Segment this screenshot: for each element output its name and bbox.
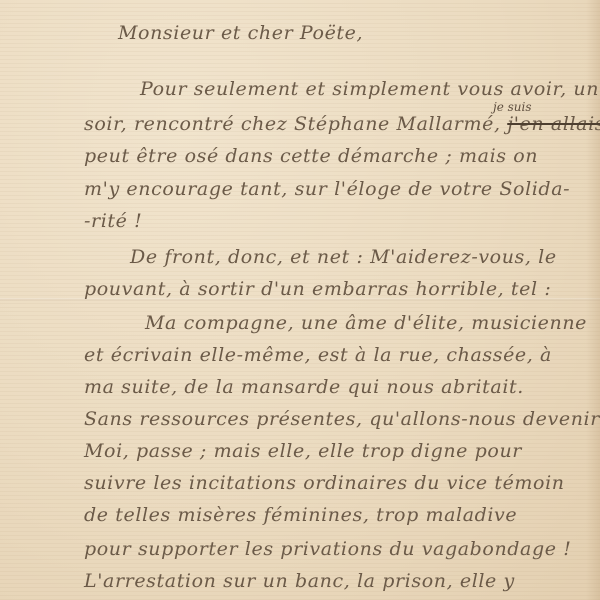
text-line-3: peut être osé dans cette démarche ; mais… (84, 147, 538, 166)
text-line-11: Sans ressources présentes, qu'allons-nou… (84, 410, 600, 429)
text-line-4: m'y encourage tant, sur l'éloge de votre… (84, 180, 570, 199)
text-line-1: Pour seulement et simplement vous avoir,… (140, 80, 599, 99)
letter-page: Monsieur et cher Poëte, Pour seulement e… (0, 0, 600, 600)
text-line-15: pour supporter les privations du vagabon… (84, 540, 571, 559)
salutation: Monsieur et cher Poëte, (118, 24, 363, 43)
text-line-7: pouvant, à sortir d'un embarras horrible… (84, 280, 551, 299)
text-line-9: et écrivain elle-même, est à la rue, cha… (84, 346, 552, 365)
text-line-2-main: soir, rencontré chez Stéphane Mallarmé, (84, 113, 507, 135)
text-line-14: de telles misères féminines, trop maladi… (84, 506, 517, 525)
text-line-13: suivre les incitations ordinaires du vic… (84, 474, 565, 493)
text-line-12: Moi, passe ; mais elle, elle trop digne … (84, 442, 522, 461)
text-line-8: Ma compagne, une âme d'élite, musicienne (145, 314, 587, 333)
text-line-10: ma suite, de la mansarde qui nous abrita… (84, 378, 524, 397)
text-line-5: -rité ! (84, 212, 142, 231)
text-line-6: De front, donc, et net : M'aiderez-vous,… (130, 248, 557, 267)
text-line-2: soir, rencontré chez Stéphane Mallarmé, … (84, 115, 600, 134)
text-line-16: L'arrestation sur un banc, la prison, el… (84, 572, 515, 591)
struck-correction: j'en allais (507, 113, 600, 135)
inserted-correction: je suis (493, 100, 532, 114)
